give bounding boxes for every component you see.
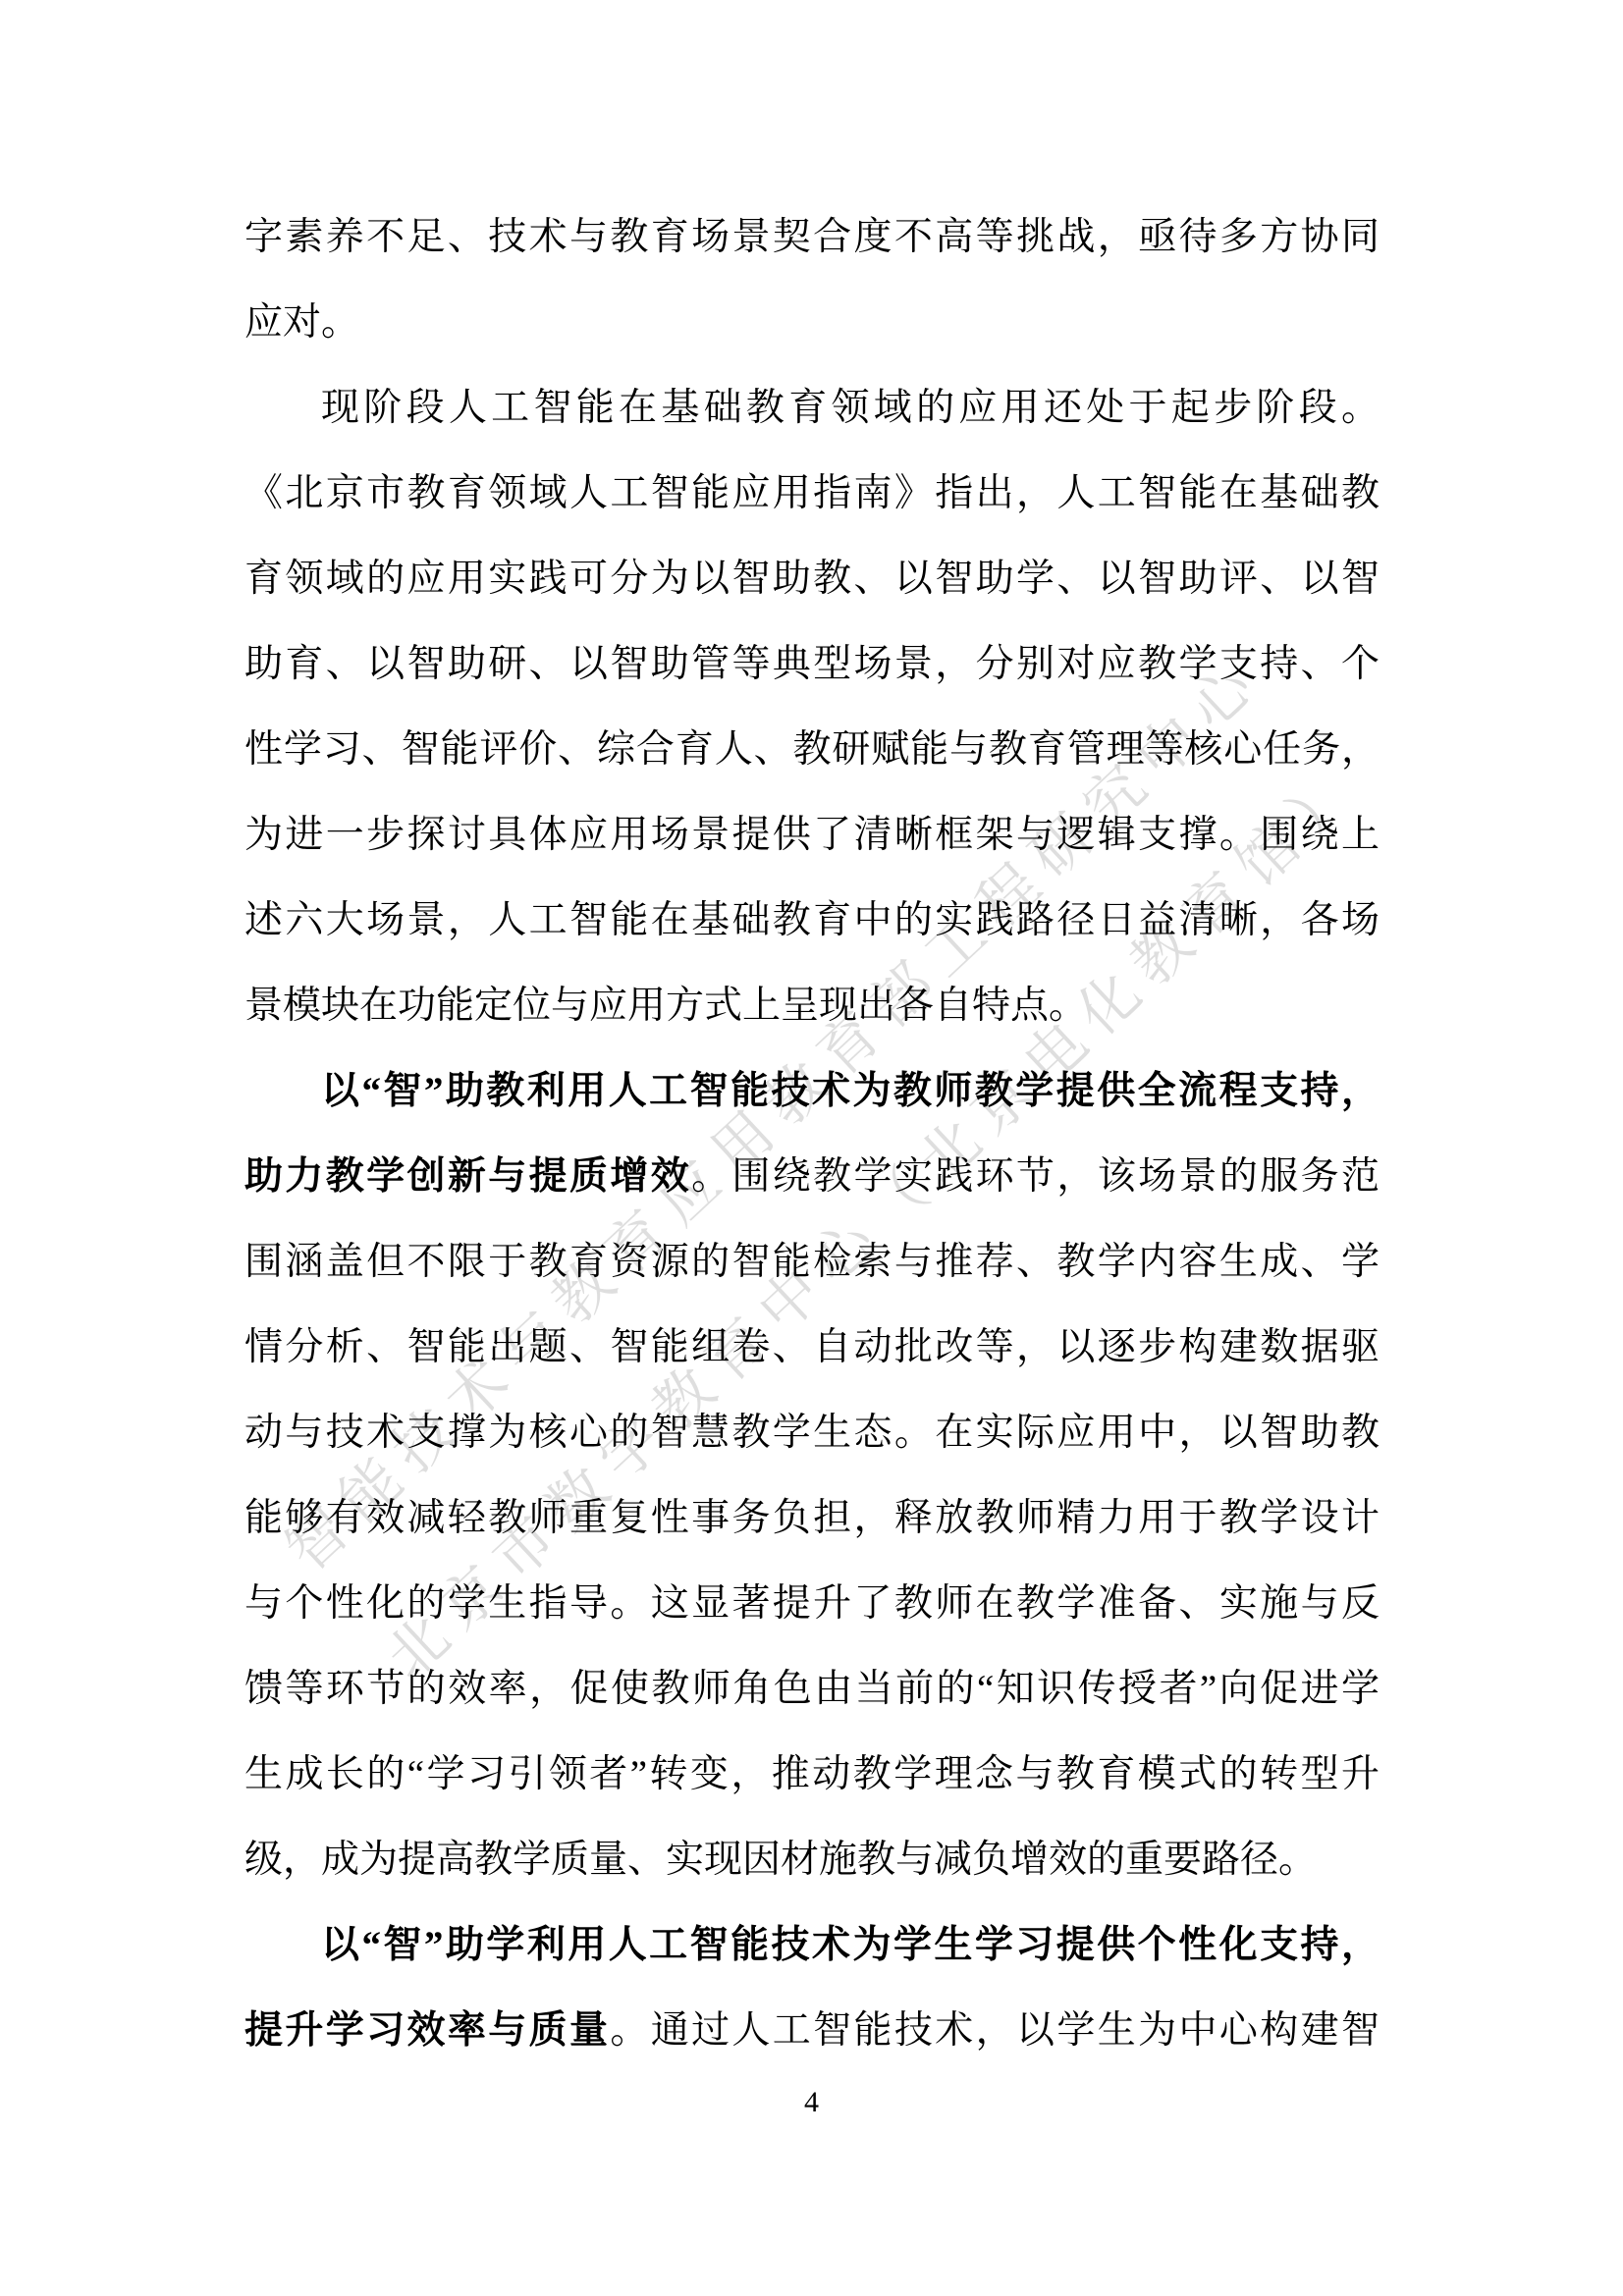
text-line: 《北京市教育领域人工智能应用指南》指出，人工智能在基础教	[244, 451, 1380, 536]
text-run: 围涵盖但不限于教育资源的智能检索与推荐、教学内容生成、学	[244, 1241, 1380, 1283]
page-number: 4	[0, 2085, 1623, 2120]
text-line: 应对。	[244, 280, 1380, 365]
document-page: 智能技术与教育应用教育部工程研究中心 北京市数字教育中心（北京电化教育馆） 字素…	[0, 0, 1623, 2296]
text-run: 能够有效减轻教师重复性事务负担，释放教师精力用于教学设计	[244, 1497, 1380, 1539]
text-run: 助育、以智助研、以智助管等典型场景，分别对应教学支持、个	[244, 643, 1380, 685]
text-line: 字素养不足、技术与教育场景契合度不高等挑战，亟待多方协同	[244, 194, 1380, 280]
text-run: 。围绕教学实践环节，该场景的服务范	[691, 1155, 1380, 1198]
bold-text-run: 助力教学创新与提质增效	[244, 1155, 691, 1198]
text-run: 字素养不足、技术与教育场景契合度不高等挑战，亟待多方协同	[244, 216, 1380, 258]
text-line: 景模块在功能定位与应用方式上呈现出各自特点。	[244, 963, 1380, 1048]
text-run: 性学习、智能评价、综合育人、教研赋能与教育管理等核心任务，	[244, 728, 1380, 771]
text-line: 围涵盖但不限于教育资源的智能检索与推荐、教学内容生成、学	[244, 1219, 1380, 1305]
text-run: 《北京市教育领域人工智能应用指南》指出，人工智能在基础教	[244, 472, 1380, 514]
bold-text-run: 以“智”助教利用人工智能技术为教师教学提供全流程支持，	[321, 1070, 1380, 1112]
bold-text-run: 提升学习效率与质量	[244, 2009, 610, 2052]
text-line: 以“智”助学利用人工智能技术为学生学习提供个性化支持，	[244, 1902, 1380, 1988]
text-run: 现阶段人工智能在基础教育领域的应用还处于起步阶段。	[321, 387, 1380, 429]
text-line: 动与技术支撑为核心的智慧教学生态。在实际应用中，以智助教	[244, 1390, 1380, 1475]
text-line: 助育、以智助研、以智助管等典型场景，分别对应教学支持、个	[244, 621, 1380, 707]
text-run: 景模块在功能定位与应用方式上呈现出各自特点。	[244, 985, 1087, 1027]
text-run: 动与技术支撑为核心的智慧教学生态。在实际应用中，以智助教	[244, 1412, 1380, 1454]
text-line: 以“智”助教利用人工智能技术为教师教学提供全流程支持，	[244, 1048, 1380, 1134]
text-run: 育领域的应用实践可分为以智助教、以智助学、以智助评、以智	[244, 558, 1380, 600]
bold-text-run: 以“智”助学利用人工智能技术为学生学习提供个性化支持，	[321, 1924, 1380, 1966]
text-run: 与个性化的学生指导。这显著提升了教师在教学准备、实施与反	[244, 1582, 1380, 1625]
text-line: 生成长的“学习引领者”转变，推动教学理念与教育模式的转型升	[244, 1732, 1380, 1817]
text-line: 育领域的应用实践可分为以智助教、以智助学、以智助评、以智	[244, 536, 1380, 621]
text-line: 情分析、智能出题、智能组卷、自动批改等，以逐步构建数据驱	[244, 1305, 1380, 1390]
text-line: 级，成为提高教学质量、实现因材施教与减负增效的重要路径。	[244, 1817, 1380, 1902]
text-line: 现阶段人工智能在基础教育领域的应用还处于起步阶段。	[244, 365, 1380, 451]
body-text: 字素养不足、技术与教育场景契合度不高等挑战，亟待多方协同应对。现阶段人工智能在基…	[244, 194, 1380, 2073]
text-line: 提升学习效率与质量。通过人工智能技术，以学生为中心构建智	[244, 1988, 1380, 2073]
text-line: 述六大场景，人工智能在基础教育中的实践路径日益清晰，各场	[244, 878, 1380, 963]
text-run: 生成长的“学习引领者”转变，推动教学理念与教育模式的转型升	[244, 1753, 1380, 1795]
text-run: 馈等环节的效率，促使教师角色由当前的“知识传授者”向促进学	[244, 1668, 1380, 1710]
text-line: 性学习、智能评价、综合育人、教研赋能与教育管理等核心任务，	[244, 707, 1380, 792]
text-run: 。通过人工智能技术，以学生为中心构建智	[610, 2009, 1380, 2052]
text-run: 情分析、智能出题、智能组卷、自动批改等，以逐步构建数据驱	[244, 1326, 1380, 1368]
text-line: 为进一步探讨具体应用场景提供了清晰框架与逻辑支撑。围绕上	[244, 792, 1380, 878]
text-run: 应对。	[244, 301, 359, 344]
text-line: 能够有效减轻教师重复性事务负担，释放教师精力用于教学设计	[244, 1475, 1380, 1561]
text-run: 级，成为提高教学质量、实现因材施教与减负增效的重要路径。	[244, 1839, 1317, 1881]
text-line: 馈等环节的效率，促使教师角色由当前的“知识传授者”向促进学	[244, 1646, 1380, 1732]
text-line: 与个性化的学生指导。这显著提升了教师在教学准备、实施与反	[244, 1561, 1380, 1646]
text-run: 述六大场景，人工智能在基础教育中的实践路径日益清晰，各场	[244, 899, 1380, 941]
text-line: 助力教学创新与提质增效。围绕教学实践环节，该场景的服务范	[244, 1134, 1380, 1219]
text-run: 为进一步探讨具体应用场景提供了清晰框架与逻辑支撑。围绕上	[244, 814, 1380, 856]
